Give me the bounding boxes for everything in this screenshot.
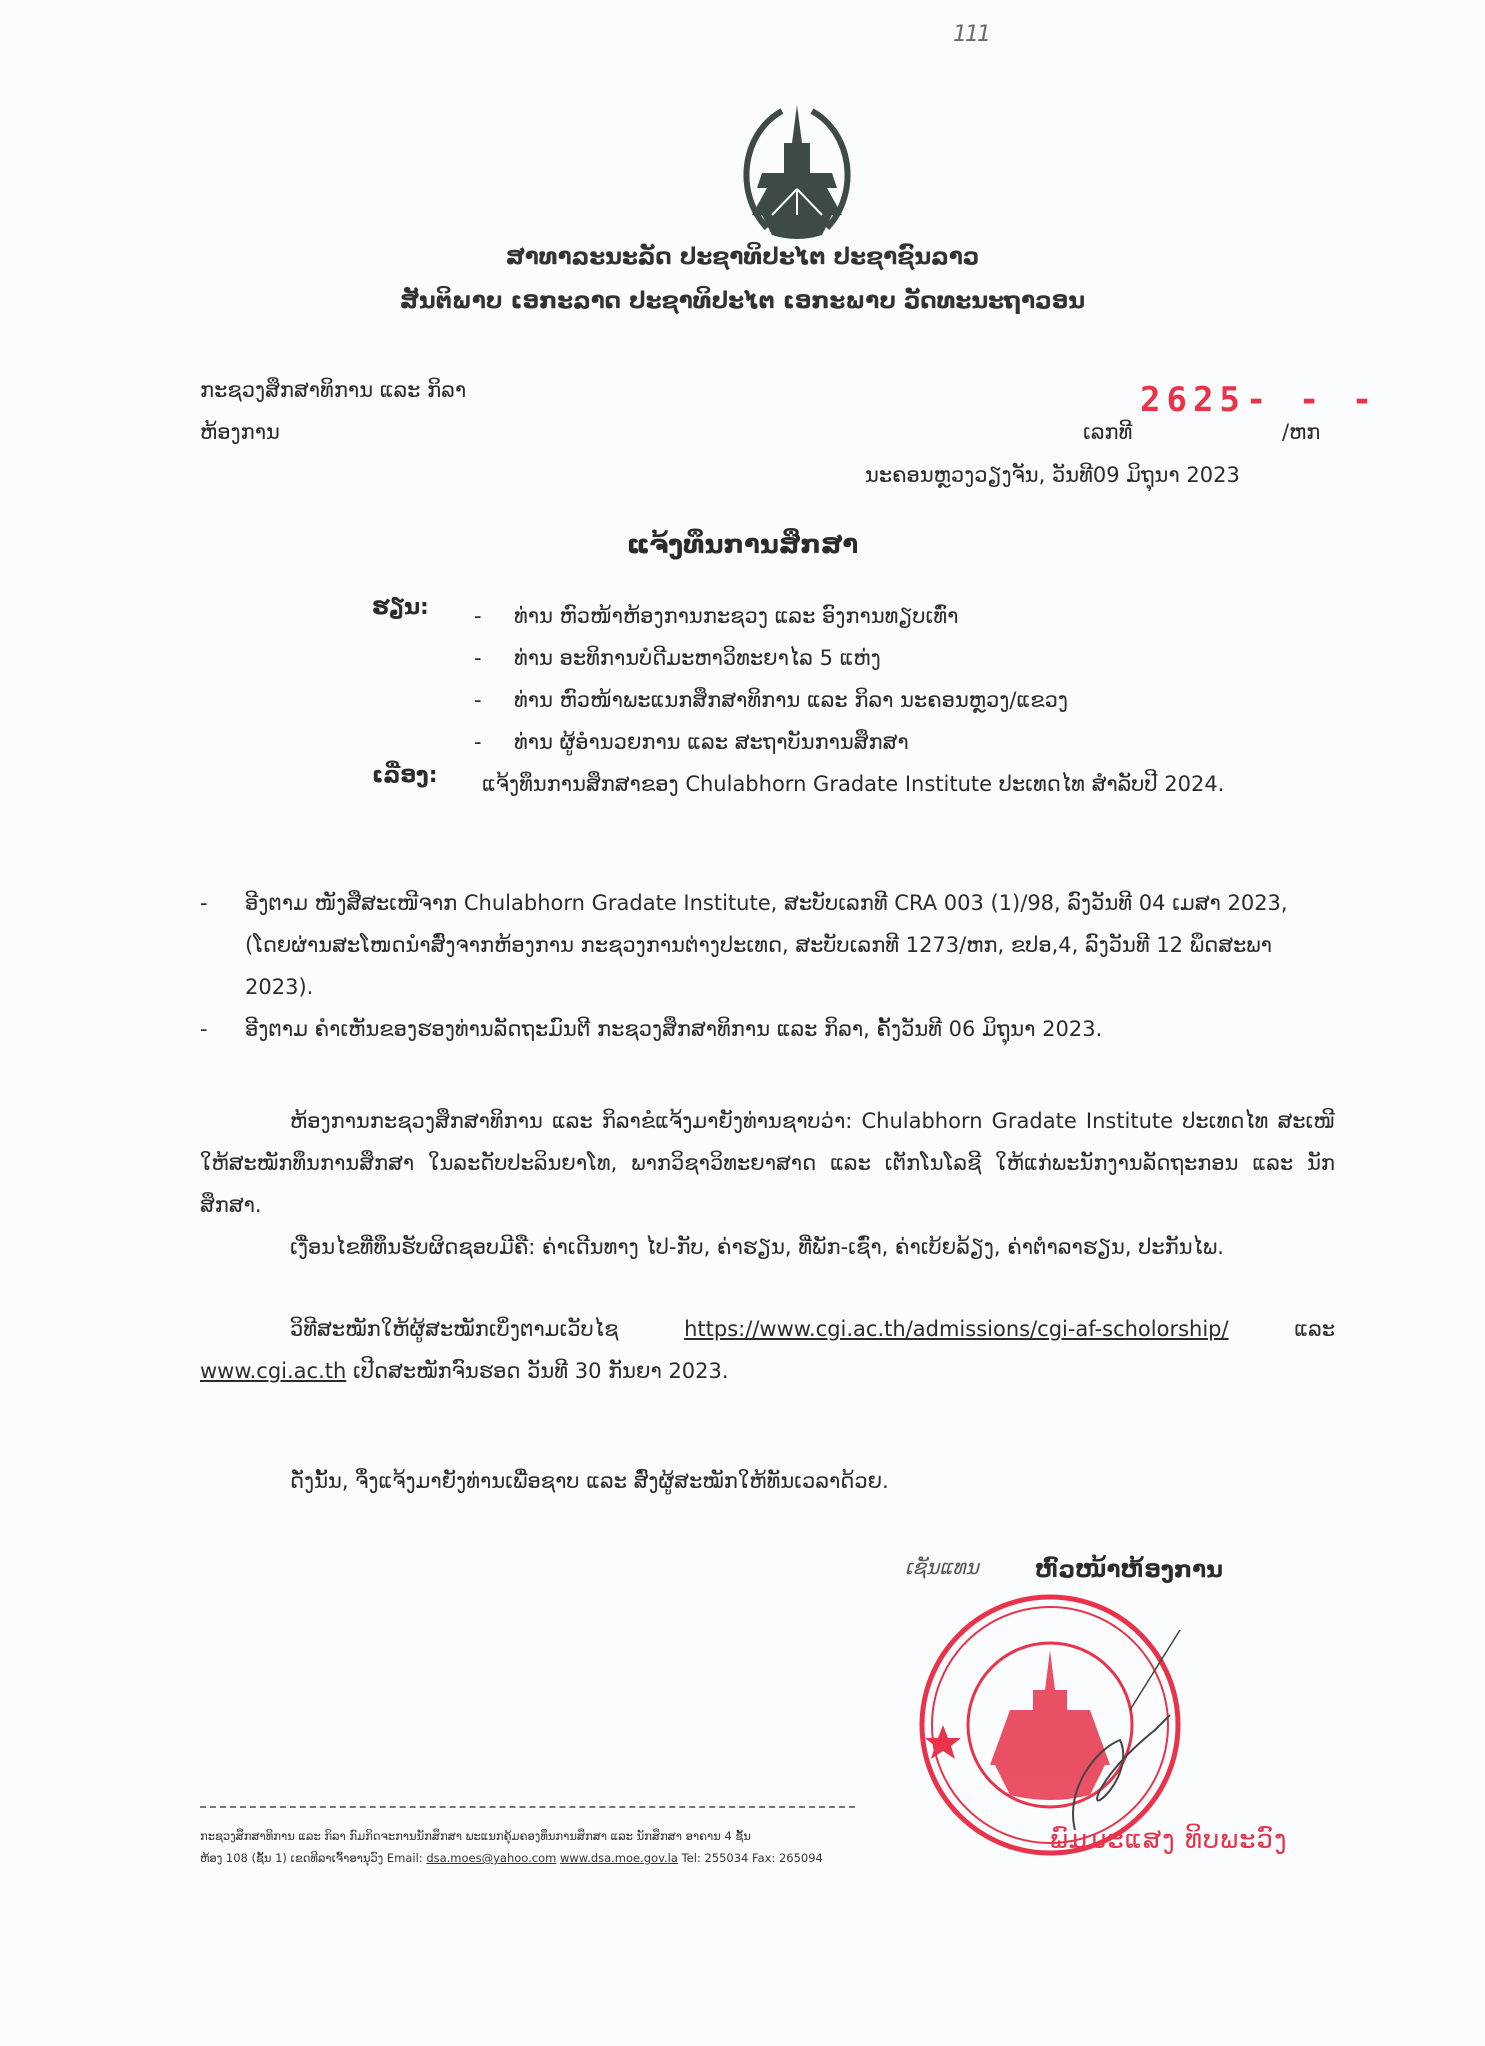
state-header-line2: ສັນຕິພາບ ເອກະລາດ ປະຊາທິປະໄຕ ເອກະພາບ ວັດທ… [0,288,1485,314]
recipients-list: -ທ່ານ ຫົວໜ້າຫ້ອງການກະຊວງ ແລະ ອົງການທຽບເທ… [474,595,1068,763]
body-paragraph-apply: ວິທີສະໝັກໃຫ້ຜູ້ສະໝັກເບິ່ງຕາມເວັບໄຊ https… [200,1308,1335,1392]
body-paragraph-conditions: ເງື່ອນໄຂທີ່ທຶນຮັບຜິດຊອບມີຄື: ຄ່າເດີນທາງ … [200,1226,1335,1268]
signer-name: ພົມມະແສງ ທິບພະວົງ [1050,1825,1288,1855]
official-seal-icon [915,1590,1185,1860]
sign-on-behalf-note: ເຊັນແທນ [905,1555,979,1579]
signature-title: ຫົວໜ້າຫ້ອງການ [1035,1557,1223,1583]
footer-fax: Fax: 265094 [752,1851,823,1865]
reference-item: -ອີງຕາມ ຄຳເຫັນຂອງຮອງທ່ານລັດຖະມົນຕີ ກະຊວງ… [200,1008,1335,1050]
subject-text: ແຈ້ງທຶນການສຶກສາຂອງ Chulabhorn Gradate In… [482,763,1242,805]
references-list: -ອີງຕາມ ໜັງສືສະເໜີຈາກ Chulabhorn Gradate… [200,882,1335,1050]
footer-divider [200,1806,855,1808]
sender-ministry: ກະຊວງສຶກສາທິການ ແລະ ກິລາ [200,378,466,402]
state-header-line1: ສາທາລະນະລັດ ປະຊາທິປະໄຕ ປະຊາຊົນລາວ [0,244,1485,270]
footer-tel: Tel: 255034 [682,1851,749,1865]
subject-label: ເລື່ອງ: [372,763,438,788]
recipient-item: -ທ່ານ ອະທິການບໍດີມະຫາວິທະຍາໄລ 5 ແຫ່ງ [474,637,1068,679]
document-number-stamp: 2625- - - [1140,380,1378,420]
sender-office: ຫ້ອງການ [200,420,280,444]
recipient-item: -ທ່ານ ຜູ້ອຳນວຍການ ແລະ ສະຖາບັນການສຶກສາ [474,721,1068,763]
document-title: ແຈ້ງທຶນການສຶກສາ [0,530,1485,560]
footer-contact: ກະຊວງສຶກສາທິການ ແລະ ກິລາ ກົມກິດຈະການນັກສ… [200,1825,823,1869]
recipient-item: -ທ່ານ ຫົວໜ້າຫ້ອງການກະຊວງ ແລະ ອົງການທຽບເທ… [474,595,1068,637]
body-paragraph-closing: ດັ່ງນັ້ນ, ຈຶ່ງແຈ້ງມາຍັງທ່ານເພື່ອຊາບ ແລະ … [200,1460,1335,1502]
footer-website-link[interactable]: www.dsa.moe.gov.la [560,1851,678,1865]
cgi-website-link[interactable]: www.cgi.ac.th [200,1359,346,1383]
reference-item: -ອີງຕາມ ໜັງສືສະເໜີຈາກ Chulabhorn Gradate… [200,882,1335,1008]
national-emblem-icon [722,103,872,243]
footer-contact-line: ຫ້ອງ 108 (ຊັ້ນ 1) ເຂດທີລາເຈົ້າອານຸວົງ Em… [200,1847,823,1869]
recipients-label: ຮຽນ: [372,595,429,620]
footer-email-link[interactable]: dsa.moes@yahoo.com [426,1851,556,1865]
scholarship-link[interactable]: https://www.cgi.ac.th/admissions/cgi-af-… [684,1317,1228,1341]
recipient-item: -ທ່ານ ຫົວໜ້າພະແນກສຶກສາທິການ ແລະ ກິລາ ນະຄ… [474,679,1068,721]
footer-address: ກະຊວງສຶກສາທິການ ແລະ ກິລາ ກົມກິດຈະການນັກສ… [200,1825,823,1847]
handwritten-page-number: 111 [953,22,989,47]
body-paragraph-notice: ຫ້ອງການກະຊວງສຶກສາທິການ ແລະ ກິລາຂໍແຈ້ງມາຍ… [200,1100,1335,1226]
document-number-suffix: /ຫກ [1282,420,1320,444]
document-number-label: ເລກທີ [1083,420,1132,444]
place-date: ນະຄອນຫຼວງວຽງຈັນ, ວັນທີ09 ມິຖຸນາ 2023 [865,463,1240,487]
